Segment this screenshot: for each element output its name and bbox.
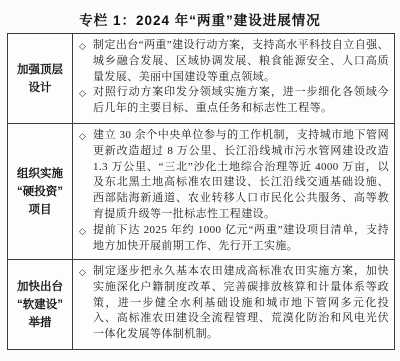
row-label: 加快出台 “软建设” 举措 bbox=[8, 260, 73, 349]
panel: 专栏 1：2024 年“两重”建设进展情况 加强顶层 设计 ◇ 制定出台“两重”… bbox=[0, 0, 400, 361]
diamond-bullet-icon: ◇ bbox=[79, 38, 93, 85]
item-text: 制定出台“两重”建设行动方案，支持高水平科技自立自强、城乡融合发展、区域协调发展… bbox=[93, 38, 389, 85]
progress-table: 加强顶层 设计 ◇ 制定出台“两重”建设行动方案，支持高水平科技自立自强、城乡融… bbox=[7, 33, 395, 350]
list-item: ◇ 提前下达 2025 年约 1000 亿元“两重”建设项目清单，支持地方加快开… bbox=[79, 223, 389, 255]
panel-title: 专栏 1：2024 年“两重”建设进展情况 bbox=[0, 9, 400, 29]
table-row-top-level-design: 加强顶层 设计 ◇ 制定出台“两重”建设行动方案，支持高水平科技自立自强、城乡融… bbox=[8, 34, 394, 123]
item-text: 建立 30 余个中央单位参与的工作机制，支持城市地下管网更新改造超过 8 万公里… bbox=[93, 128, 389, 223]
row-content: ◇ 制定逐步把永久基本农田建成高标准农田实施方案，加快实施深化户籍制度改革、完善… bbox=[73, 260, 394, 349]
table-row-soft-construction: 加快出台 “软建设” 举措 ◇ 制定逐步把永久基本农田建成高标准农田实施方案，加… bbox=[8, 259, 394, 349]
item-text: 提前下达 2025 年约 1000 亿元“两重”建设项目清单，支持地方加快开展前… bbox=[93, 223, 389, 255]
diamond-bullet-icon: ◇ bbox=[79, 85, 93, 117]
list-item: ◇ 对照行动方案印发分领域实施方案，进一步细化各领域今后几年的主要目标、重点任务… bbox=[79, 85, 389, 117]
list-item: ◇ 制定逐步把永久基本农田建成高标准农田实施方案，加快实施深化户籍制度改革、完善… bbox=[79, 264, 389, 343]
row-label: 加强顶层 设计 bbox=[8, 34, 73, 123]
diamond-bullet-icon: ◇ bbox=[79, 128, 93, 223]
list-item: ◇ 制定出台“两重”建设行动方案，支持高水平科技自立自强、城乡融合发展、区域协调… bbox=[79, 38, 389, 85]
table-row-hard-investment: 组织实施 “硬投资” 项目 ◇ 建立 30 余个中央单位参与的工作机制，支持城市… bbox=[8, 123, 394, 259]
diamond-bullet-icon: ◇ bbox=[79, 264, 93, 343]
diamond-bullet-icon: ◇ bbox=[79, 223, 93, 255]
list-item: ◇ 建立 30 余个中央单位参与的工作机制，支持城市地下管网更新改造超过 8 万… bbox=[79, 128, 389, 223]
item-text: 对照行动方案印发分领域实施方案，进一步细化各领域今后几年的主要目标、重点任务和标… bbox=[93, 85, 389, 117]
item-text: 制定逐步把永久基本农田建成高标准农田实施方案，加快实施深化户籍制度改革、完善碳排… bbox=[93, 264, 389, 343]
row-content: ◇ 制定出台“两重”建设行动方案，支持高水平科技自立自强、城乡融合发展、区域协调… bbox=[73, 34, 394, 123]
row-content: ◇ 建立 30 余个中央单位参与的工作机制，支持城市地下管网更新改造超过 8 万… bbox=[73, 124, 394, 259]
row-label: 组织实施 “硬投资” 项目 bbox=[8, 124, 73, 259]
